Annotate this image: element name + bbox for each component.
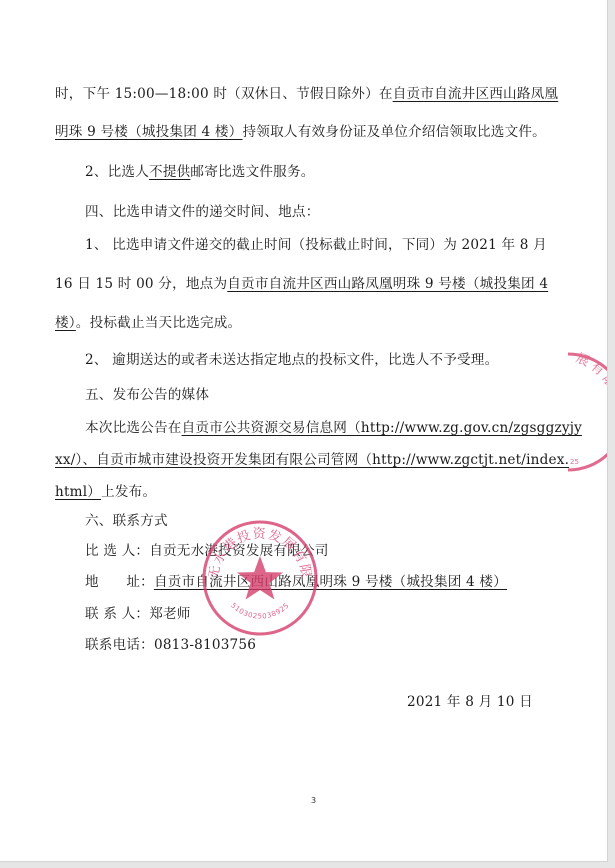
- paragraph-line-2: 明珠 9 号楼（城投集团 4 楼）持领取人有效身份证及单位介绍信领取比选文件。: [55, 123, 546, 141]
- edge-seal-text: 展有限公司: [574, 352, 608, 424]
- underlined-address: 明珠 9 号楼（城投集团 4 楼）: [55, 124, 243, 140]
- text: 。投标截止当天比选完成。: [76, 315, 242, 331]
- contact-label: 联 系 人：: [85, 605, 149, 623]
- deadline-location-line-2: 楼）。投标截止当天比选完成。: [55, 314, 241, 332]
- text: 上发布。: [101, 484, 156, 500]
- underlined-website-link[interactable]: xx/）、自贡市城市建设投资开发集团有限公司管网（http://www.zgct…: [55, 452, 569, 468]
- section-6-heading: 六、联系方式: [85, 512, 168, 530]
- contact-address: 地 址：自贡市自流井区西山路凤凰明珠 9 号楼（城投集团 4 楼）: [85, 573, 507, 591]
- media-line-2: xx/）、自贡市城市建设投资开发集团有限公司管网（http://www.zgct…: [55, 451, 569, 469]
- page-number: 3: [311, 796, 316, 805]
- media-line-1: 本次比选公告在自贡市公共资源交易信息网（http://www.zg.gov.cn…: [85, 419, 582, 437]
- text: 16 日 15 时 00 分，地点为: [55, 276, 227, 292]
- document-page: 时，下午 15:00—18:00 时（双休日、节假日除外）在自贡市自流井区西山路…: [0, 0, 608, 862]
- edge-seal-code: 25: [570, 458, 579, 466]
- text: 持领取人有效身份证及单位介绍信领取比选文件。: [243, 124, 546, 140]
- text: 时，下午 15:00—18:00 时（双休日、节假日除外）在: [55, 86, 393, 102]
- underlined-address: 自贡市自流井区西山路凤凰明珠 9 号楼（城投集团 4: [227, 276, 548, 292]
- item-1-deadline: 1、 比选申请文件递交的截止时间（投标截止时间，下同）为 2021 年 8 月: [85, 236, 547, 254]
- paragraph-line-1: 时，下午 15:00—18:00 时（双休日、节假日除外）在自贡市自流井区西山路…: [55, 85, 558, 103]
- text: 邮寄比选文件服务。: [190, 164, 314, 180]
- phone-label: 联系电话：: [85, 636, 154, 654]
- svg-text:5103025038925: 5103025038925: [229, 601, 291, 620]
- contact-bidder: 比 选 人：自贡无水港投资发展有限公司: [85, 542, 329, 560]
- svg-text:展有限公司: 展有限公司: [574, 352, 608, 424]
- underlined-address: 楼）: [55, 315, 76, 331]
- underlined-website-link[interactable]: 自贡市公共资源交易信息网（http://www.zg.gov.cn/zgsggz…: [182, 420, 582, 436]
- contact-value: 郑老师: [149, 606, 190, 622]
- item-2-no-mailing: 2、比选人不提供邮寄比选文件服务。: [85, 163, 315, 181]
- item-2-late-submission: 2、 逾期送达的或者未送达指定地点的投标文件，比选人不予受理。: [85, 351, 498, 369]
- text: 本次比选公告在: [85, 420, 182, 436]
- underlined-address: 自贡市自流井区西山路凤凰: [393, 86, 559, 102]
- section-5-heading: 五、发布公告的媒体: [85, 386, 209, 404]
- phone-value: 0813-8103756: [154, 637, 256, 653]
- address-label: 地 址：: [85, 573, 154, 591]
- signature-date: 2021 年 8 月 10 日: [407, 693, 533, 711]
- media-line-3: html）上发布。: [55, 483, 156, 501]
- underlined-website-link[interactable]: html）: [55, 484, 101, 500]
- text: 2、比选人: [85, 164, 149, 180]
- bidder-label: 比 选 人：: [85, 542, 149, 560]
- deadline-location-line: 16 日 15 时 00 分，地点为自贡市自流井区西山路凤凰明珠 9 号楼（城投…: [55, 275, 548, 293]
- contact-phone: 联系电话：0813-8103756: [85, 636, 256, 654]
- seal-code: 5103025038925: [229, 601, 291, 620]
- section-4-heading: 四、比选申请文件的递交时间、地点：: [85, 203, 320, 221]
- contact-person: 联 系 人：郑老师: [85, 605, 191, 623]
- address-value: 自贡市自流井区西山路凤凰明珠 9 号楼（城投集团 4 楼）: [154, 574, 507, 590]
- underlined-not-provided: 不提供: [149, 164, 190, 180]
- bidder-value: 自贡无水港投资发展有限公司: [149, 543, 328, 559]
